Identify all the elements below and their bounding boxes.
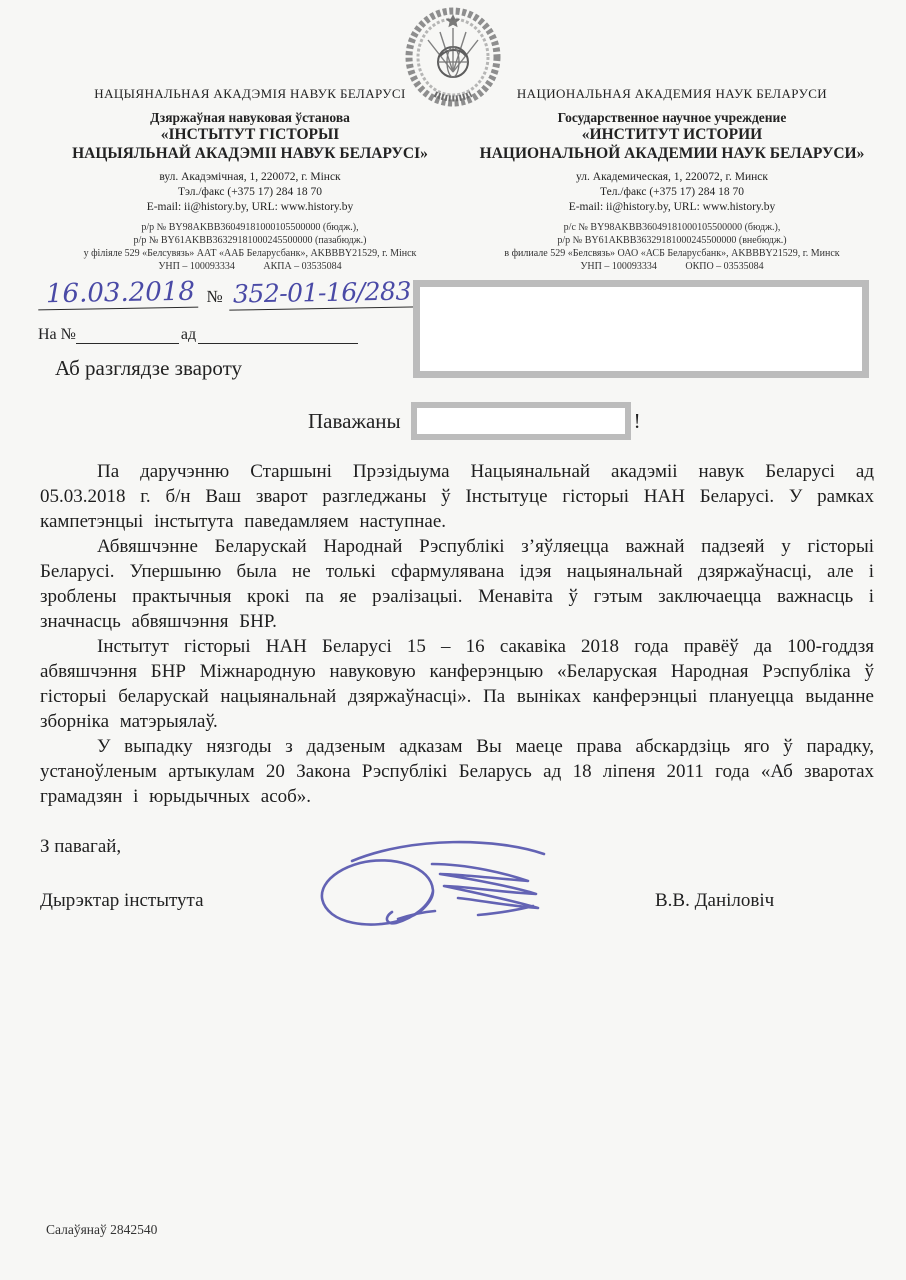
handwritten-signature-icon xyxy=(292,834,552,929)
bank-account-2-ru: р/р № BY61AKBB36329181000245500000 (внеб… xyxy=(462,234,882,247)
bank-account-1-ru: р/с № BY98AKBB36049181000105500000 (бюдж… xyxy=(462,221,882,234)
body-paragraph: Па даручэнню Старшыні Прэзідыума Нацыяна… xyxy=(40,459,874,534)
address-by: вул. Акадэмічная, 1, 220072, г. Мінск xyxy=(32,170,468,185)
unp-by: УНП – 100093334 xyxy=(158,260,235,273)
salutation-prefix: Паважаны xyxy=(308,409,401,434)
academy-name-ru: НАЦИОНАЛЬНАЯ АКАДЕМИЯ НАУК БЕЛАРУСИ xyxy=(462,86,882,101)
reply-date-label: ад xyxy=(181,326,196,344)
signer-position: Дырэктар інстытута xyxy=(40,890,204,912)
institute-name-by-line1: «ІНСТЫТУТ ГІСТОРЫІ xyxy=(32,126,468,145)
bank-account-2-by: р/р № BY61AKBB36329181000245500000 (паза… xyxy=(32,234,468,247)
closing-regards: З павагай, xyxy=(40,836,121,858)
address-ru: ул. Академическая, 1, 220072, г. Минск xyxy=(462,170,882,185)
institute-name-by-line2: НАЦЫЯЛЬНАЙ АКАДЭМІІ НАВУК БЕЛАРУСІ» xyxy=(32,145,468,164)
body-paragraph: Інстытут гісторыі НАН Беларусі 15 – 16 с… xyxy=(40,634,874,734)
email-by: E-mail: ii@history.by, URL: www.history.… xyxy=(32,200,468,215)
letter-body: Па даручэнню Старшыні Прэзідыума Нацыяна… xyxy=(40,459,874,809)
letterhead-belarusian: НАЦЫЯНАЛЬНАЯ АКАДЭМІЯ НАВУК БЕЛАРУСІ Дзя… xyxy=(32,86,468,274)
okpo-ru: ОКПО – 03535084 xyxy=(685,260,763,273)
number-sign-label: № xyxy=(206,287,222,307)
phone-ru: Тел./факс (+375 17) 284 18 70 xyxy=(462,185,882,200)
academy-name-by: НАЦЫЯНАЛЬНАЯ АКАДЭМІЯ НАВУК БЕЛАРУСІ xyxy=(32,86,468,101)
letter-page: НАЦЫЯНАЛЬНАЯ АКАДЭМІЯ НАВУК БЕЛАРУСІ Дзя… xyxy=(0,0,906,1280)
letterhead-russian: НАЦИОНАЛЬНАЯ АКАДЕМИЯ НАУК БЕЛАРУСИ Госу… xyxy=(462,86,882,274)
redacted-name-box xyxy=(411,402,631,440)
institute-name-ru-line2: НАЦИОНАЛЬНОЙ АКАДЕМИИ НАУК БЕЛАРУСИ» xyxy=(462,145,882,164)
phone-by: Тэл./факс (+375 17) 284 18 70 xyxy=(32,185,468,200)
bank-branch-by: у філіяле 529 «Белсувязь» ААТ «ААБ Белар… xyxy=(32,247,468,260)
salutation-exclamation: ! xyxy=(634,409,641,434)
unp-ru: УНП – 100093334 xyxy=(580,260,657,273)
okpo-by: АКПА – 03535084 xyxy=(263,260,341,273)
reply-number-blank-line xyxy=(76,323,179,344)
subject-line: Аб разглядзе звароту xyxy=(55,356,242,381)
bank-branch-ru: в филиале 529 «Белсвязь» ОАО «АСБ Белару… xyxy=(462,247,882,260)
reference-block: 16.03.2018 № 352-01-16/283 На № ад xyxy=(38,278,418,344)
org-type-by: Дзяржаўная навуковая ўстанова xyxy=(32,110,468,126)
bank-account-1-by: р/р № BY98AKBB36049181000105500000 (бюдж… xyxy=(32,221,468,234)
signer-name: В.В. Даніловіч xyxy=(655,890,774,912)
body-paragraph: Абвяшчэнне Беларускай Народнай Рэспублік… xyxy=(40,534,874,634)
outgoing-number-handwritten: 352-01-16/283 xyxy=(228,276,418,310)
outgoing-date-handwritten: 16.03.2018 xyxy=(38,277,199,311)
email-ru: E-mail: ii@history.by, URL: www.history.… xyxy=(462,200,882,215)
reply-date-blank-line xyxy=(198,323,358,344)
reply-to-number-label: На № xyxy=(38,326,76,344)
org-type-ru: Государственное научное учреждение xyxy=(462,110,882,126)
executor-note: Салаўянаў 2842540 xyxy=(46,1222,157,1238)
salutation-line: Паважаны ! xyxy=(308,402,641,440)
institute-name-ru-line1: «ИНСТИТУТ ИСТОРИИ xyxy=(462,126,882,145)
redacted-addressee-box xyxy=(413,280,869,378)
body-paragraph: У выпадку нязгоды з дадзеным адказам Вы … xyxy=(40,734,874,809)
